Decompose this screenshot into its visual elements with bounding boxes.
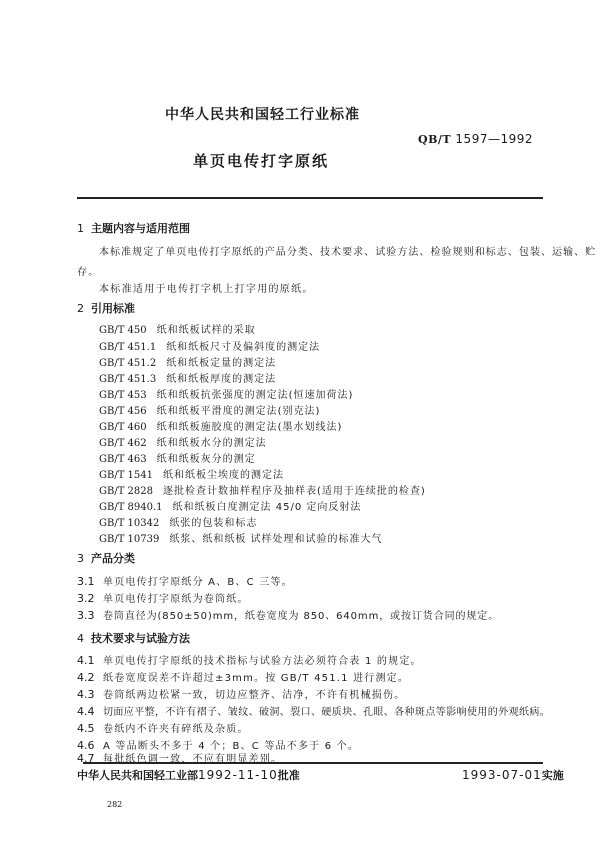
reference-item: GB/T 451.3纸和纸板厚度的测定法 <box>99 370 276 385</box>
footer-divider <box>83 762 543 764</box>
clause-item: 4.2纸卷宽度误差不许超过±3mm。按 GB/T 451.1 进行测定。 <box>77 669 409 684</box>
section-1-heading: 1主题内容与适用范围 <box>77 220 190 236</box>
reference-item: GB/T 10739纸浆、纸和纸板 试样处理和试验的标准大气 <box>99 530 383 545</box>
section-3-heading: 3产品分类 <box>77 550 135 566</box>
document-title: 单页电传打字原纸 <box>193 150 329 171</box>
standard-code: QB/T 1597—1992 <box>418 132 533 146</box>
reference-item: GB/T 451.2纸和纸板定量的测定法 <box>99 354 276 369</box>
clause-item: 4.3卷筒纸两边松紧一致，切边应整齐、洁净，不许有机械损伤。 <box>77 686 405 701</box>
clause-item: 3.2单页电传打字原纸为卷筒纸。 <box>77 590 249 605</box>
clause-item: 4.1单页电传打字原纸的技术指标与试验方法必须符合表 1 的规定。 <box>77 652 422 667</box>
reference-item: GB/T 451.1纸和纸板尺寸及偏斜度的测定法 <box>99 338 320 353</box>
reference-item: GB/T 462纸和纸板水分的测定法 <box>99 434 267 449</box>
section-1-paragraph-1-cont: 存。 <box>77 263 100 278</box>
reference-item: GB/T 8940.1纸和纸板白度测定法 45/0 定向反射法 <box>99 498 361 513</box>
reference-item: GB/T 10342纸张的包装和标志 <box>99 514 257 529</box>
reference-item: GB/T 453纸和纸板抗张强度的测定法(恒速加荷法) <box>99 386 353 401</box>
reference-item: GB/T 1541纸和纸板尘埃度的测定法 <box>99 466 284 481</box>
section-2-heading: 2引用标准 <box>77 300 135 316</box>
reference-item: GB/T 2828逐批检查计数抽样程序及抽样表(适用于连续批的检查) <box>99 482 426 497</box>
reference-item: GB/T 460纸和纸板施胶度的测定法(墨水划线法) <box>99 418 342 433</box>
standard-code-number: 1597—1992 <box>455 132 533 146</box>
header-divider <box>77 197 543 199</box>
standard-code-prefix: QB/T <box>418 133 451 146</box>
issuing-organization: 中华人民共和国轻工行业标准 <box>165 104 360 124</box>
clause-item: 3.3卷筒直径为(850±50)mm，纸卷宽度为 850、640mm，或按订货合… <box>77 607 499 622</box>
clause-item: 4.5卷纸内不许夹有碎纸及杂质。 <box>77 720 249 735</box>
page-number: 282 <box>107 800 122 809</box>
approval-line: 中华人民共和国轻工业部1992-11-10批准 <box>77 767 300 783</box>
section-1-paragraph-2: 本标准适用于电传打字机上打字用的原纸。 <box>99 280 314 295</box>
reference-item: GB/T 463纸和纸板灰分的测定 <box>99 450 256 465</box>
reference-item: GB/T 450纸和纸板试样的采取 <box>99 321 256 336</box>
clause-item: 4.4切面应平整，不许有褶子、皱纹、破洞、裂口、硬质块、孔眼、各种斑点等影响使用… <box>77 703 550 718</box>
clause-item: 3.1单页电传打字原纸分 A、B、C 三等。 <box>77 573 293 588</box>
section-4-heading: 4技术要求与试验方法 <box>77 630 190 646</box>
reference-item: GB/T 456纸和纸板平滑度的测定法(别克法) <box>99 402 320 417</box>
effective-line: 1993-07-01实施 <box>462 767 564 783</box>
section-1-paragraph-1: 本标准规定了单页电传打字原纸的产品分类、技术要求、试验方法、检验规则和标志、包装… <box>99 243 596 258</box>
